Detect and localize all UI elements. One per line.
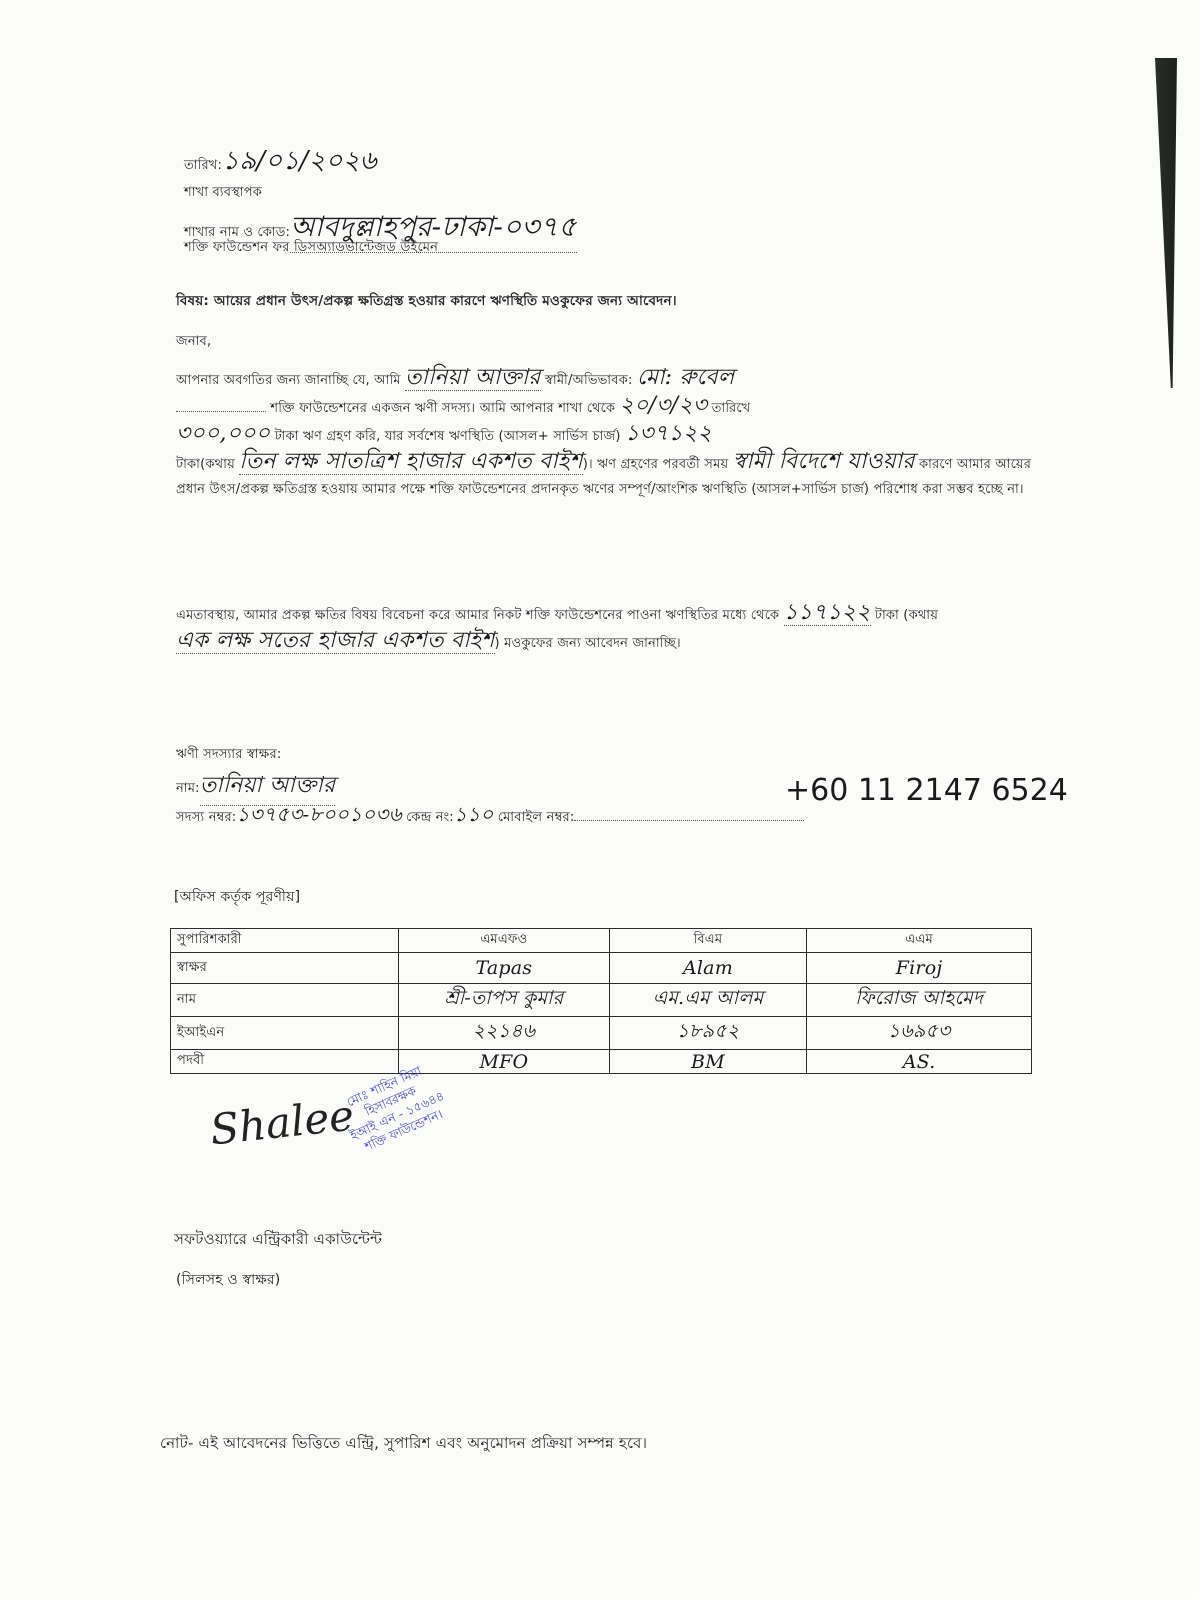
mobile-number: +60 11 2147 6524 (785, 773, 1068, 808)
salutation: জনাব, (176, 332, 211, 353)
date-value: ১৯/০১/২০২৬ (222, 146, 377, 176)
text: টাকা ঋণ গ্রহণ করি, যার সর্বশেষ ঋণস্থিতি … (275, 429, 621, 444)
guardian-name: মো: রুবেল (637, 365, 734, 390)
header-cell: বিএম (609, 929, 806, 953)
addressee-title: শাখা ব্যবস্থাপক (184, 183, 262, 204)
text: এমতাবস্থায়, আমার প্রকল্প ক্ষতির বিষয় ব… (176, 608, 779, 623)
row-label: ইআইএন (171, 1017, 399, 1050)
cell-value: ফিরোজ আহমেদ (855, 987, 983, 1009)
outstanding-amount: ১৩৭১২২ (625, 421, 712, 446)
header-cell: এএম (807, 929, 1032, 953)
center-label: কেন্দ্র নং: (406, 810, 454, 825)
accountant-role: সফটওয়্যারে এন্ট্রিকারী একাউন্টেন্ট (174, 1228, 382, 1253)
application-paragraph-2: এমতাবস্থায়, আমার প্রকল্প ক্ষতির বিষয় ব… (176, 600, 1036, 656)
text: টাকা(কথায় (176, 457, 235, 472)
row-label: পদবী (171, 1050, 399, 1074)
application-paragraph-1: আপনার অবগতির জন্য জানাচ্ছি যে, আমি তানিয… (176, 365, 1036, 502)
cell-value: ১৮৯৫২ (677, 1020, 740, 1042)
header-cell: এমএফও (399, 929, 610, 953)
text: আপনার অবগতির জন্য জানাচ্ছি যে, আমি (176, 373, 401, 388)
text: তারিখে (712, 401, 751, 416)
outstanding-in-words: তিন লক্ষ সাতত্রিশ হাজার একশত বাইশ (239, 449, 582, 475)
subject-line: বিষয়: আয়ের প্রধান উৎস/প্রকল্প ক্ষতিগ্র… (176, 290, 677, 313)
cell-value: এম.এম আলম (653, 987, 764, 1009)
text: টাকা (কথায় (875, 608, 938, 623)
header-cell: সুপারিশকারী (171, 929, 399, 953)
row-label: স্বাক্ষর (171, 953, 399, 984)
scanned-document-page: তারিখ:১৯/০১/২০২৬ শাখা ব্যবস্থাপক শাখার ন… (0, 0, 1199, 1599)
member-info-line: সদস্য নম্বর:১৩৭৫৩-৮০০১০৩৬ কেন্দ্র নং:১১০… (176, 800, 804, 833)
cause: স্বামী বিদেশে যাওয়ার (733, 449, 915, 474)
borrower-signature-label: ঋণী সদস্যার স্বাক্ষর: (176, 745, 281, 766)
table-header-row: সুপারিশকারী এমএফও বিএম এএম (171, 929, 1032, 953)
member-no-label: সদস্য নম্বর: (176, 810, 236, 825)
table-row: ইআইএন ২২১৪৬ ১৮৯৫২ ১৬৯৫৩ (171, 1017, 1032, 1050)
blank-dots (176, 411, 266, 412)
signature: Tapas (475, 957, 532, 979)
text: শক্তি ফাউন্ডেশনের একজন ঋণী সদস্য। আমি আপ… (270, 401, 615, 416)
office-section-title: [অফিস কর্তৃক পূরণীয়] (174, 885, 300, 909)
seal-and-signature-note: (সিলসহ ও স্বাক্ষর) (176, 1268, 280, 1292)
table-row: নাম শ্রী-তাপস কুমার এম.এম আলম ফিরোজ আহমে… (171, 984, 1032, 1017)
scan-edge-shadow (1155, 58, 1177, 388)
date-label: তারিখ: (184, 158, 222, 173)
loan-amount: ৩০০,০০০ (176, 421, 270, 446)
cell-value: AS. (903, 1051, 936, 1073)
footer-note: নোট- এই আবেদনের ভিত্তিতে এন্ট্রি, সুপারি… (160, 1432, 647, 1457)
date-line: তারিখ:১৯/০১/২০২৬ (184, 140, 377, 184)
table-row: স্বাক্ষর Tapas Alam Firoj (171, 953, 1032, 984)
member-no: ১৩৭৫৩-৮০০১০৩৬ (236, 802, 401, 826)
text: )। ঋণ গ্রহণের পরবর্তী সময় (583, 457, 729, 472)
organization-name: শক্তি ফাউন্ডেশন ফর ডিসঅ্যাডভান্টেজড উইমে… (184, 238, 438, 259)
mobile-dots (574, 820, 804, 821)
recommendation-table: সুপারিশকারী এমএফও বিএম এএম স্বাক্ষর Tapa… (170, 928, 1032, 1074)
cell-value: ২২১৪৬ (472, 1020, 535, 1042)
cell-value: BM (691, 1051, 725, 1073)
row-label: নাম (171, 984, 399, 1017)
center-no: ১১০ (454, 802, 494, 826)
waiver-in-words: এক লক্ষ সতের হাজার একশত বাইশ (176, 628, 495, 654)
text: ) মওকুফের জন্য আবেদন জানাচ্ছি। (495, 636, 681, 651)
name-label: নাম: (176, 781, 200, 796)
cell-value: শ্রী-তাপস কুমার (444, 987, 563, 1009)
table-row: পদবী MFO BM AS. (171, 1050, 1032, 1074)
waiver-amount: ১১৭১২২ (784, 600, 871, 626)
signature: Alam (683, 957, 733, 979)
member-name: তানিয়া আক্তার (405, 365, 541, 391)
mobile-label: মোবাইল নম্বর: (498, 810, 575, 825)
cell-value: ১৬৯৫৩ (888, 1020, 951, 1042)
signature: Firoj (896, 957, 943, 979)
loan-date: ২০/৩/২৩ (620, 393, 708, 418)
text: স্বামী/অভিভাবক: (545, 373, 633, 388)
